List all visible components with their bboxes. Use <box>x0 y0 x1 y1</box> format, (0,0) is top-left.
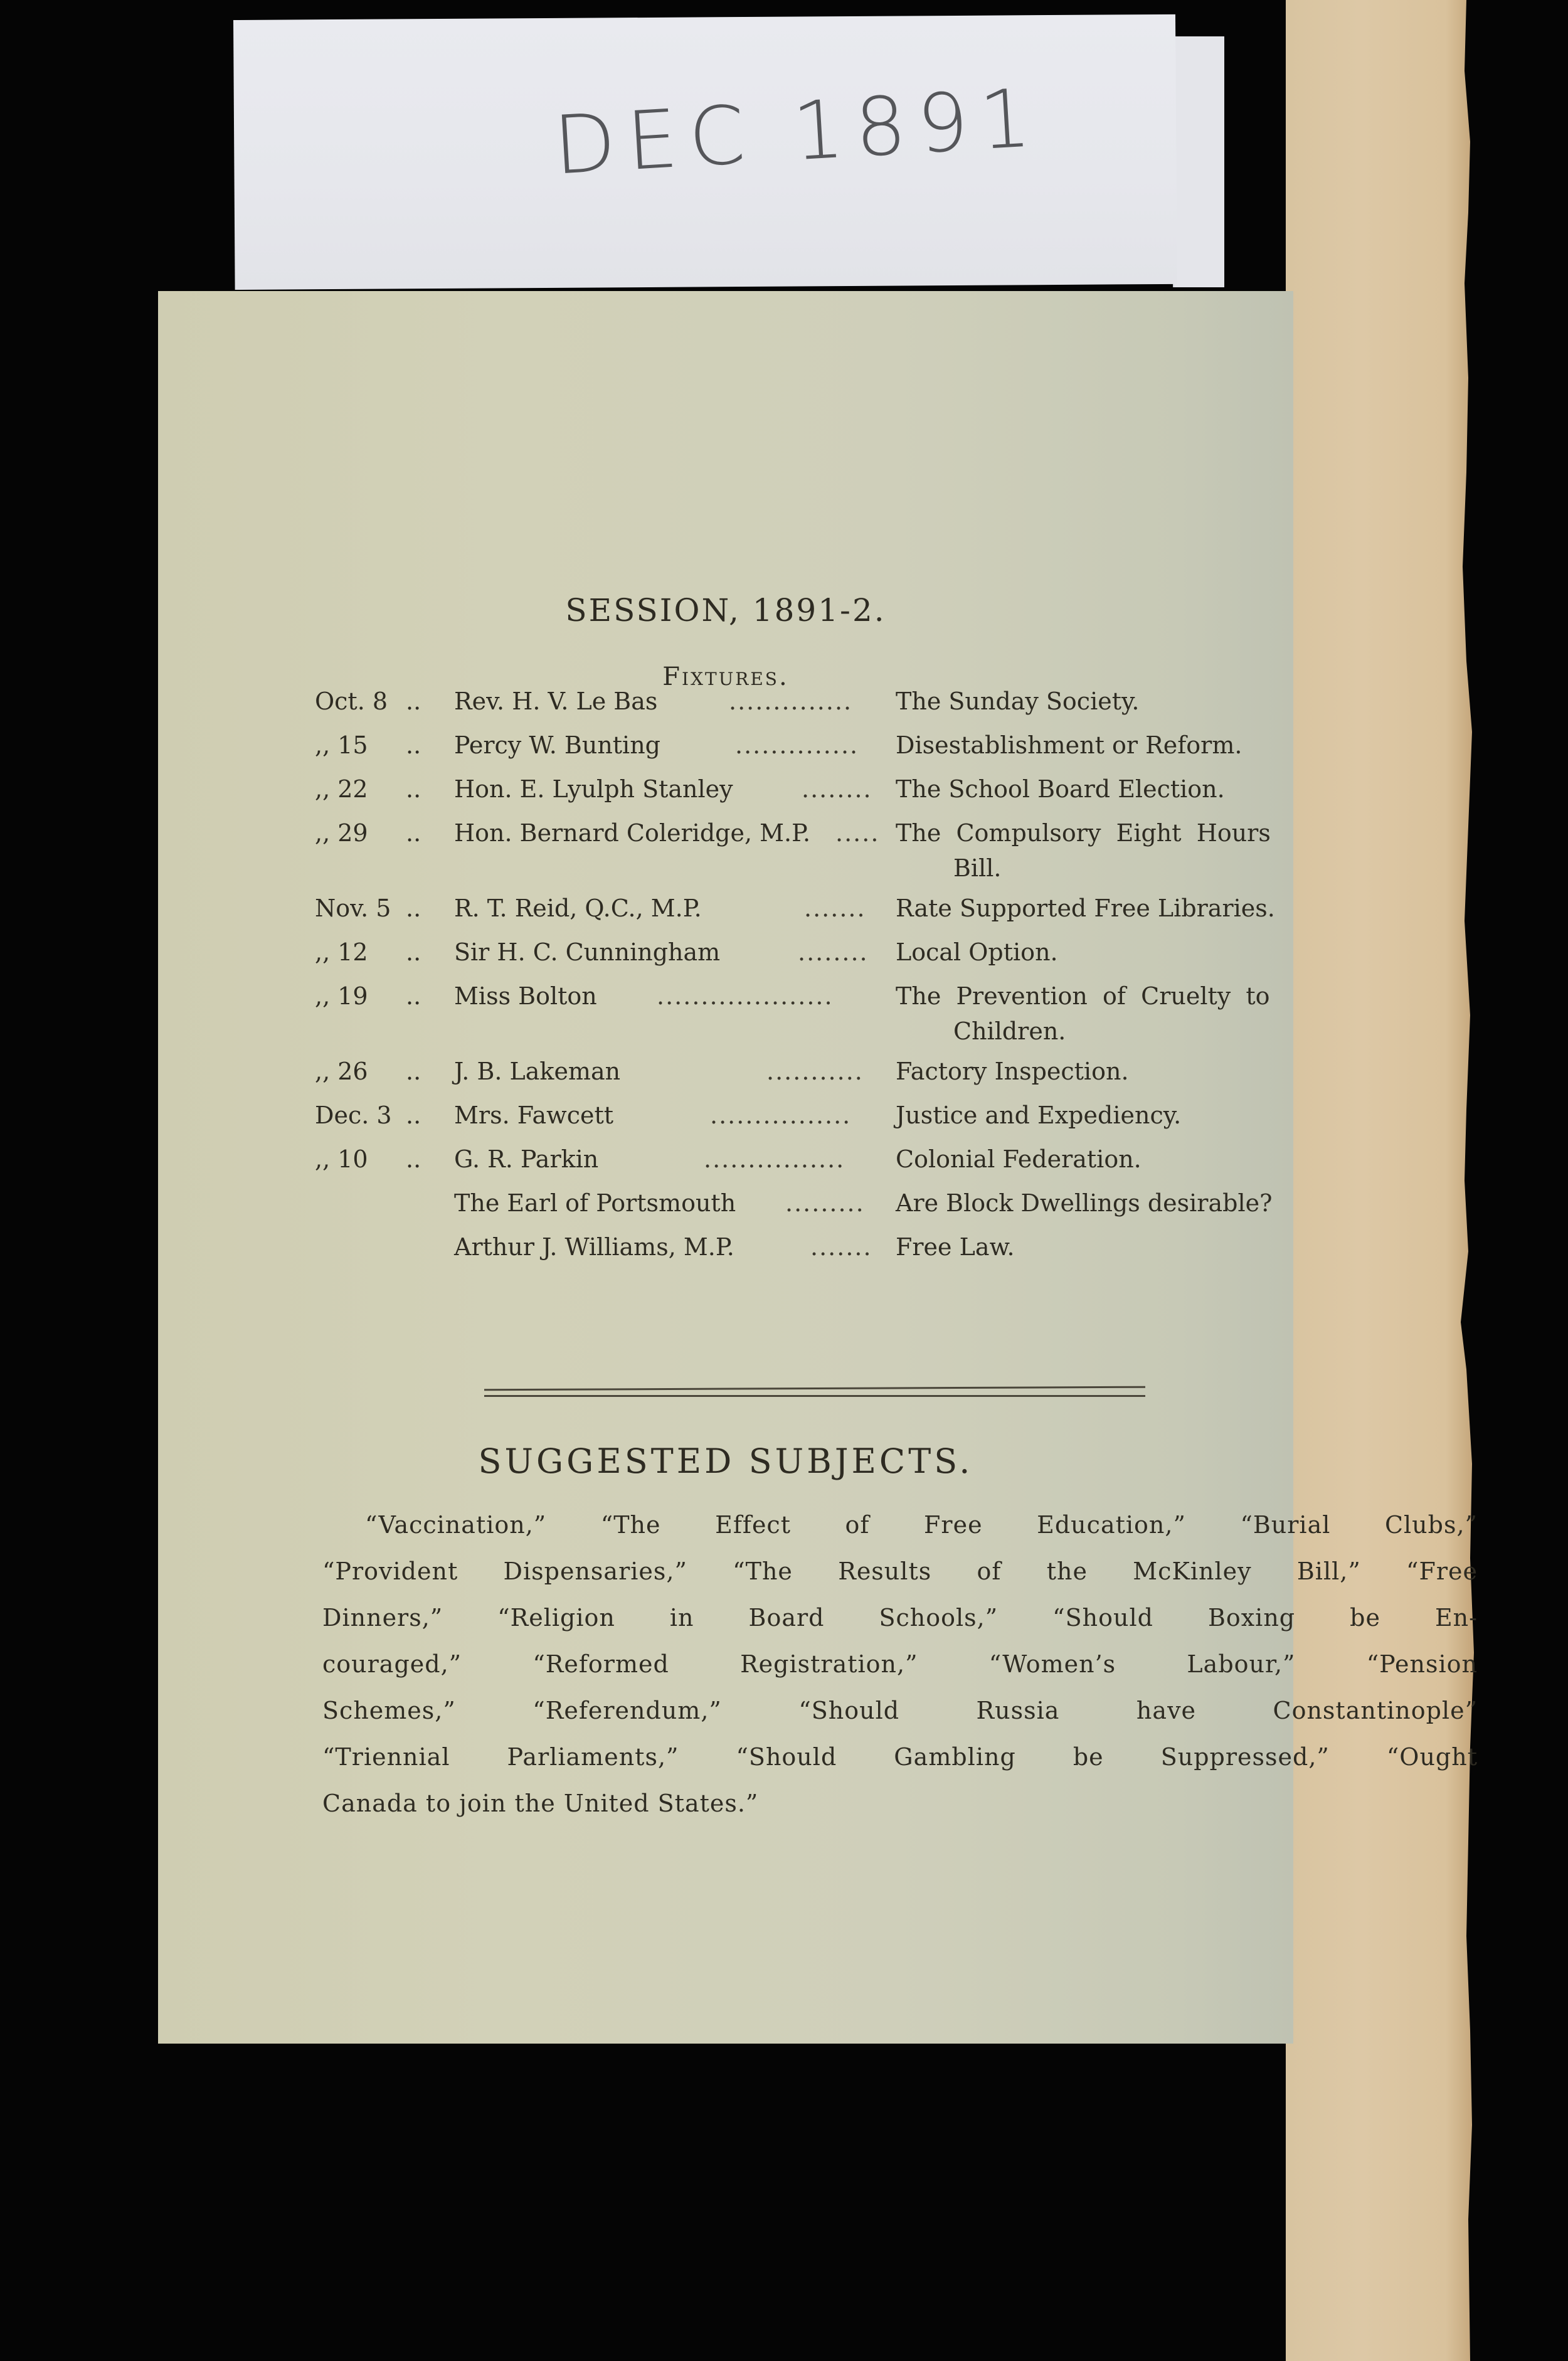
fixture-date: ,, 29 <box>315 819 453 847</box>
fixture-date: ,, 26 <box>315 1058 453 1085</box>
dot-leader: ......... <box>785 1189 865 1217</box>
dot-leader: ..... <box>835 819 879 847</box>
paragraph-line: Dinners,” “Religion in Board Schools,” “… <box>322 1594 1478 1641</box>
fixture-date: Oct. 8 <box>315 687 453 715</box>
fixture-date: Nov. 5 <box>315 894 453 922</box>
fixture-row: ,, 29..Hon. Bernard Coleridge, M.P......… <box>158 819 1293 857</box>
fixture-date: ,, 15 <box>315 731 453 759</box>
fixture-row: The Earl of Portsmouth.........Are Block… <box>158 1189 1293 1227</box>
date-separator: .. <box>406 775 421 803</box>
double-rule-bottom <box>484 1395 1145 1397</box>
date-separator: .. <box>406 1058 421 1085</box>
archival-label-card: DEC 1891 <box>233 14 1177 290</box>
fixture-speaker: Mrs. Fawcett <box>454 1101 613 1129</box>
fixture-speaker: Miss Bolton <box>454 982 597 1010</box>
fixture-subject: Disestablishment or Reform. <box>896 731 1242 759</box>
dot-leader: .............. <box>729 687 852 715</box>
fixture-row: ,, 22..Hon. E. Lyulph Stanley........The… <box>158 775 1293 813</box>
date-separator: .. <box>406 982 421 1010</box>
fixture-subject: The Sunday Society. <box>896 687 1140 715</box>
fixture-speaker: Rev. H. V. Le Bas <box>454 687 657 715</box>
date-separator: .. <box>406 819 421 847</box>
date-separator: .. <box>406 1145 421 1173</box>
fixture-row: Dec. 3..Mrs. Fawcett................Just… <box>158 1101 1293 1139</box>
fixture-row: ,, 15..Percy W. Bunting..............Dis… <box>158 731 1293 769</box>
fixture-subject: The Prevention of Cruelty to <box>896 982 1270 1010</box>
fixture-subject: Justice and Expediency. <box>896 1101 1181 1129</box>
fixture-date: ,, 22 <box>315 775 453 803</box>
fixture-subject: Local Option. <box>896 938 1058 966</box>
fixture-row: Nov. 5..R. T. Reid, Q.C., M.P........Rat… <box>158 894 1293 932</box>
dot-leader: ........ <box>802 775 872 803</box>
dot-leader: ....... <box>810 1233 872 1261</box>
printed-leaflet: SESSION, 1891-2. Fixtures. Oct. 8..Rev. … <box>158 291 1293 2044</box>
paragraph-line: Canada to join the United States.” <box>322 1780 1478 1827</box>
fixture-row: Oct. 8..Rev. H. V. Le Bas..............T… <box>158 687 1293 725</box>
double-rule-top <box>484 1386 1145 1391</box>
dot-leader: ........ <box>798 938 869 966</box>
fixture-row: Arthur J. Williams, M.P........Free Law. <box>158 1233 1293 1271</box>
fixture-row: ,, 12..Sir H. C. Cunningham........Local… <box>158 938 1293 976</box>
dot-leader: ................ <box>704 1145 845 1173</box>
date-separator: .. <box>406 687 421 715</box>
handwritten-date: DEC 1891 <box>551 71 1045 193</box>
fixture-date: ,, 12 <box>315 938 453 966</box>
fixture-speaker: J. B. Lakeman <box>454 1058 620 1085</box>
paragraph-line: “Provident Dispensaries,” “The Results o… <box>322 1548 1478 1594</box>
date-separator: .. <box>406 1101 421 1129</box>
fixture-subject: Are Block Dwellings desirable? <box>896 1189 1272 1217</box>
fixture-subject-continued: Bill. <box>953 854 1001 882</box>
suggested-subjects-heading: SUGGESTED SUBJECTS. <box>158 1441 1293 1481</box>
fixture-subject: Free Law. <box>896 1233 1015 1261</box>
paragraph-line: “Triennial Parliaments,” “Should Gamblin… <box>322 1734 1478 1780</box>
fixture-subject: Colonial Federation. <box>896 1145 1142 1173</box>
dot-leader: .............. <box>735 731 859 759</box>
fixture-subject: The School Board Election. <box>896 775 1225 803</box>
dot-leader: ........... <box>766 1058 864 1085</box>
fixture-date: ,, 19 <box>315 982 453 1010</box>
paragraph-line: couraged,” “Reformed Registration,” “Wom… <box>322 1641 1478 1687</box>
suggested-subjects-paragraph: “Vaccination,” “The Effect of Free Educa… <box>322 1502 1478 1827</box>
fixture-speaker: Percy W. Bunting <box>454 731 660 759</box>
fixture-speaker: Sir H. C. Cunningham <box>454 938 720 966</box>
fixture-subject: The Compulsory Eight Hours <box>896 819 1271 847</box>
fixture-row: ,, 26..J. B. Lakeman...........Factory I… <box>158 1058 1293 1095</box>
fixture-speaker: The Earl of Portsmouth <box>454 1189 736 1217</box>
fixture-subject-continued: Children. <box>953 1017 1066 1045</box>
date-separator: .. <box>406 938 421 966</box>
fixture-speaker: Arthur J. Williams, M.P. <box>454 1233 734 1261</box>
fixture-speaker: G. R. Parkin <box>454 1145 598 1173</box>
label-card-underlay <box>1173 36 1224 287</box>
date-separator: .. <box>406 731 421 759</box>
fixture-date: ,, 10 <box>315 1145 453 1173</box>
paragraph-line: “Vaccination,” “The Effect of Free Educa… <box>322 1502 1478 1548</box>
dot-leader: .................... <box>657 982 834 1010</box>
dot-leader: ................ <box>710 1101 851 1129</box>
aged-paper-strip <box>1286 0 1474 2361</box>
fixture-subject: Rate Supported Free Libraries. <box>896 894 1275 922</box>
page-title: SESSION, 1891-2. <box>158 592 1293 629</box>
fixture-speaker: R. T. Reid, Q.C., M.P. <box>454 894 702 922</box>
fixture-row: ,, 10..G. R. Parkin................Colon… <box>158 1145 1293 1183</box>
fixture-speaker: Hon. E. Lyulph Stanley <box>454 775 733 803</box>
fixture-row: ,, 19..Miss Bolton....................Th… <box>158 982 1293 1020</box>
paragraph-line: Schemes,” “Referendum,” “Should Russia h… <box>322 1687 1478 1734</box>
date-separator: .. <box>406 894 421 922</box>
fixture-subject: Factory Inspection. <box>896 1058 1129 1085</box>
fixture-speaker: Hon. Bernard Coleridge, M.P. <box>454 819 810 847</box>
dot-leader: ....... <box>804 894 866 922</box>
fixture-date: Dec. 3 <box>315 1101 453 1129</box>
